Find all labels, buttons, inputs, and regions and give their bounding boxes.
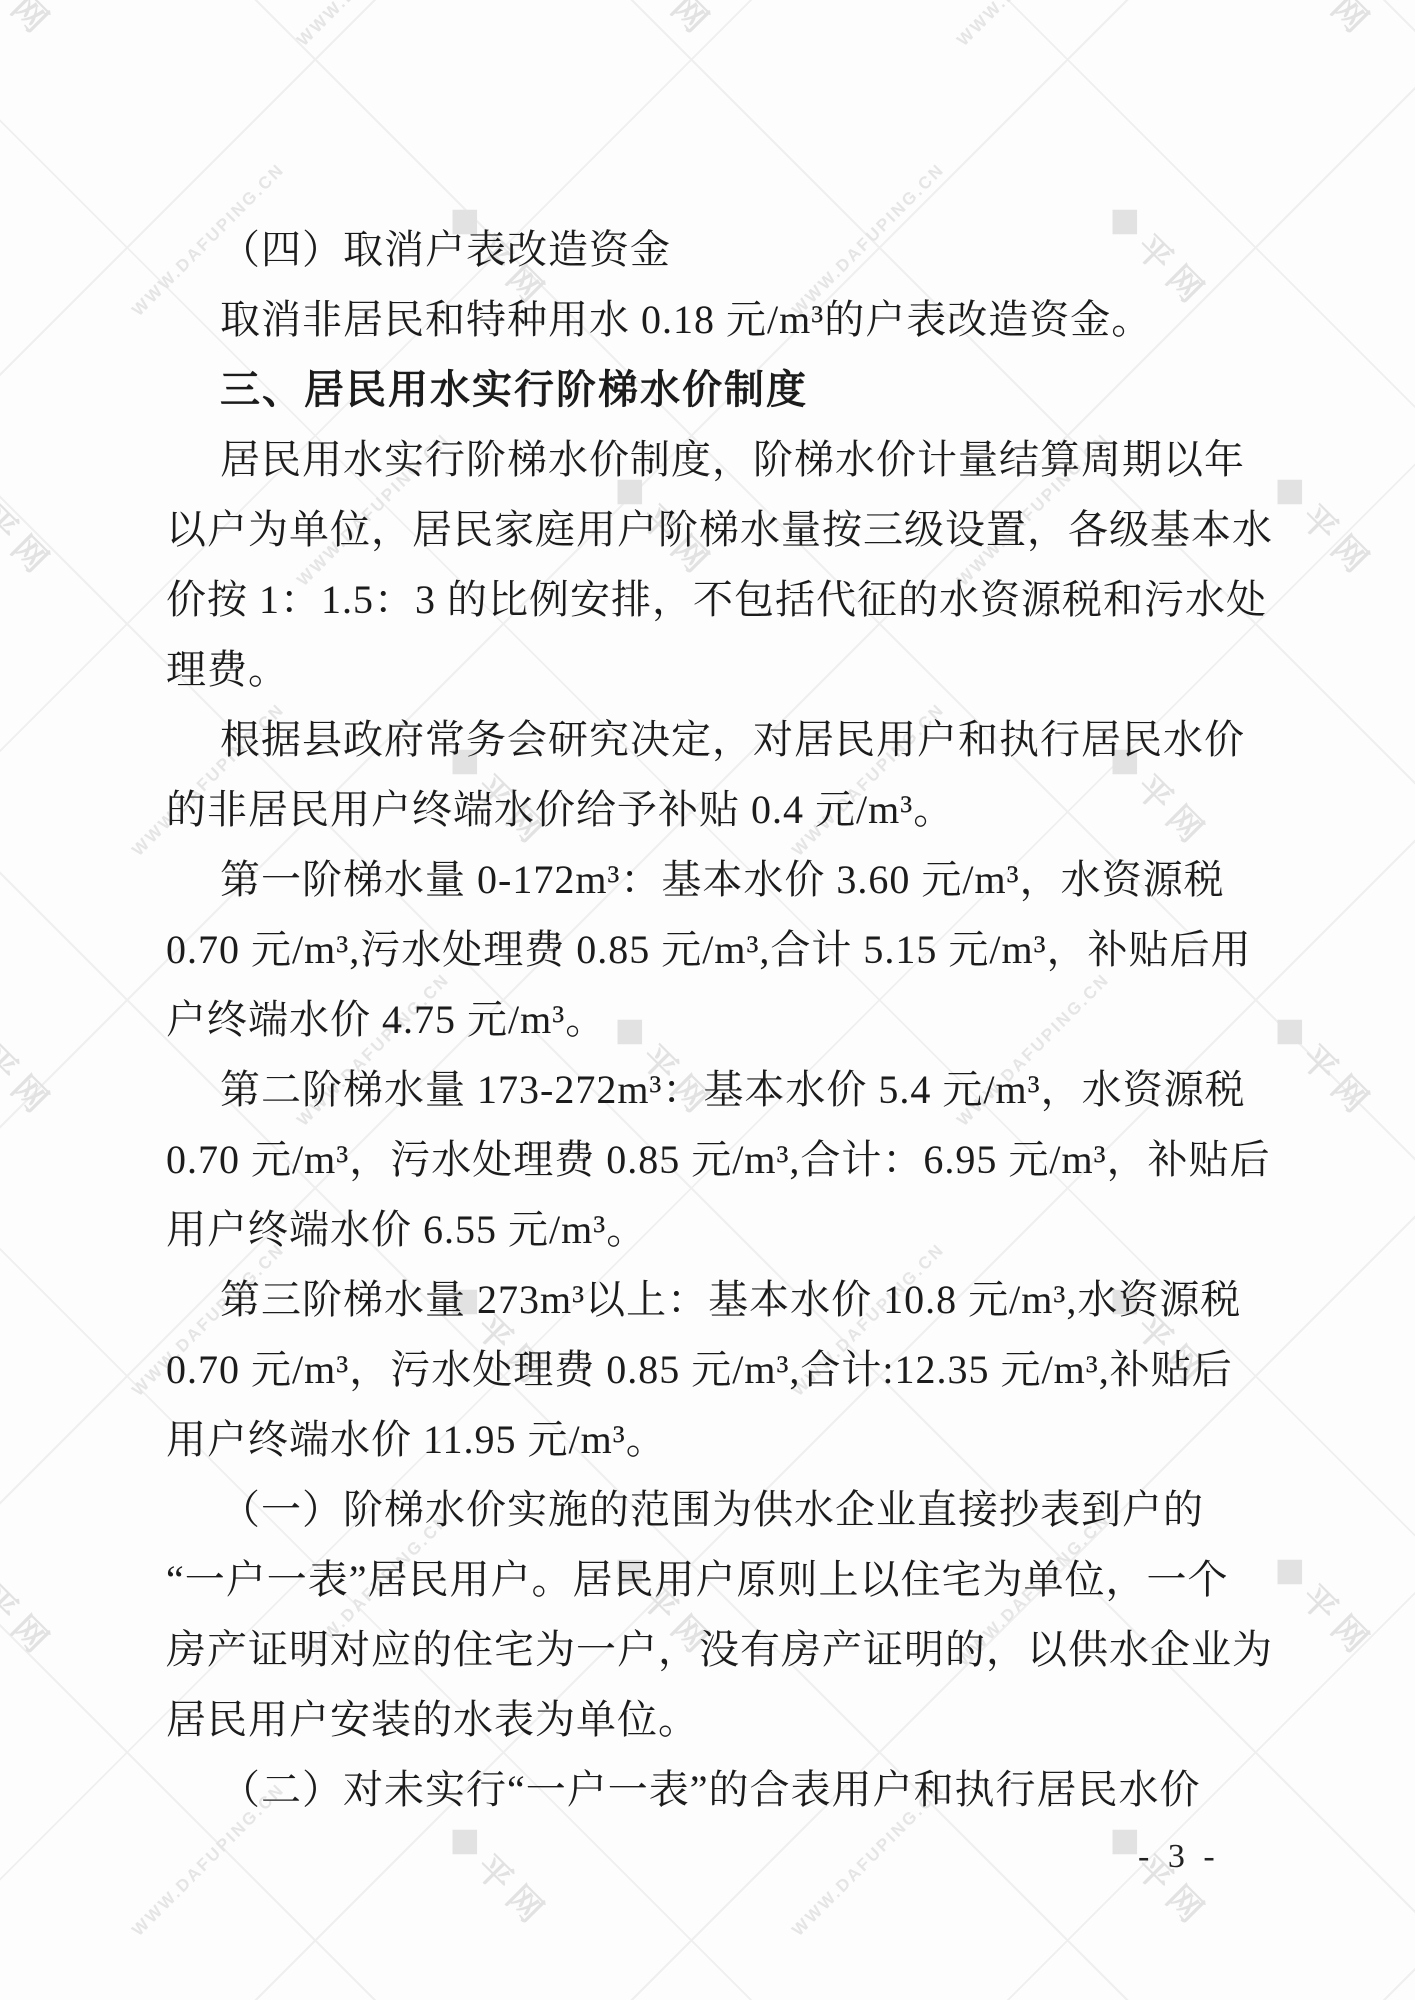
document-page: ◆平网WWW.DAFUPING.CN◆平网WWW.DAFUPING.CN◆平网W…	[0, 0, 1415, 2000]
text-line: 居民用水实行阶梯水价制度，阶梯水价计量结算周期以年	[166, 425, 1285, 495]
watermark-brand-tile: ◆平网	[0, 462, 67, 588]
text-line: 以户为单位，居民家庭用户阶梯水量按三级设置，各级基本水	[166, 495, 1285, 565]
watermark-brand-tile: ◆平网	[1262, 0, 1388, 47]
text-line: 户终端水价 4.75 元/m³。	[166, 985, 1285, 1055]
text-line: “一户一表”居民用户。居民用户原则上以住宅为单位，一个	[166, 1545, 1285, 1615]
text-line: （四）取消户表改造资金	[166, 215, 1285, 285]
watermark-url-tile: WWW.DAFUPING.CN	[953, 0, 1114, 50]
text-line: 用户终端水价 11.95 元/m³。	[166, 1405, 1285, 1475]
watermark-brand-tile: ◆平网	[437, 1812, 563, 1938]
text-line: 第三阶梯水量 273m³以上：基本水价 10.8 元/m³,水资源税	[166, 1265, 1285, 1335]
text-line: 0.70 元/m³，污水处理费 0.85 元/m³,合计:12.35 元/m³,…	[166, 1335, 1285, 1405]
text-line: 居民用户安装的水表为单位。	[166, 1685, 1285, 1755]
text-line: 价按 1：1.5：3 的比例安排，不包括代征的水资源税和污水处	[166, 565, 1285, 635]
text-line: 房产证明对应的住宅为一户，没有房产证明的，以供水企业为	[166, 1615, 1285, 1685]
text-line: 用户终端水价 6.55 元/m³。	[166, 1195, 1285, 1265]
section-heading: 三、居民用水实行阶梯水价制度	[166, 355, 1285, 425]
text-line: 第二阶梯水量 173-272m³：基本水价 5.4 元/m³，水资源税	[166, 1055, 1285, 1125]
text-line: （二）对未实行“一户一表”的合表用户和执行居民水价	[166, 1755, 1285, 1825]
watermark-brand-tile: ◆平网	[0, 1002, 67, 1128]
text-line: 取消非居民和特种用水 0.18 元/m³的户表改造资金。	[166, 285, 1285, 355]
watermark-brand-tile: ◆平网	[0, 1542, 67, 1668]
text-line: 的非居民用户终端水价给予补贴 0.4 元/m³。	[166, 775, 1285, 845]
text-line: 0.70 元/m³,污水处理费 0.85 元/m³,合计 5.15 元/m³，补…	[166, 915, 1285, 985]
text-line: 第一阶梯水量 0-172m³：基本水价 3.60 元/m³，水资源税	[166, 845, 1285, 915]
text-line: （一）阶梯水价实施的范围为供水企业直接抄表到户的	[166, 1475, 1285, 1545]
text-line: 0.70 元/m³，污水处理费 0.85 元/m³,合计：6.95 元/m³，补…	[166, 1125, 1285, 1195]
text-line: 理费。	[166, 635, 1285, 705]
watermark-brand-tile: ◆平网	[0, 0, 67, 47]
document-body: （四）取消户表改造资金取消非居民和特种用水 0.18 元/m³的户表改造资金。三…	[166, 215, 1285, 1825]
watermark-url-tile: WWW.DAFUPING.CN	[293, 0, 454, 50]
text-line: 根据县政府常务会研究决定，对居民用户和执行居民水价	[166, 705, 1285, 775]
page-number: - 3 -	[1138, 1838, 1220, 1876]
watermark-brand-tile: ◆平网	[602, 0, 728, 47]
